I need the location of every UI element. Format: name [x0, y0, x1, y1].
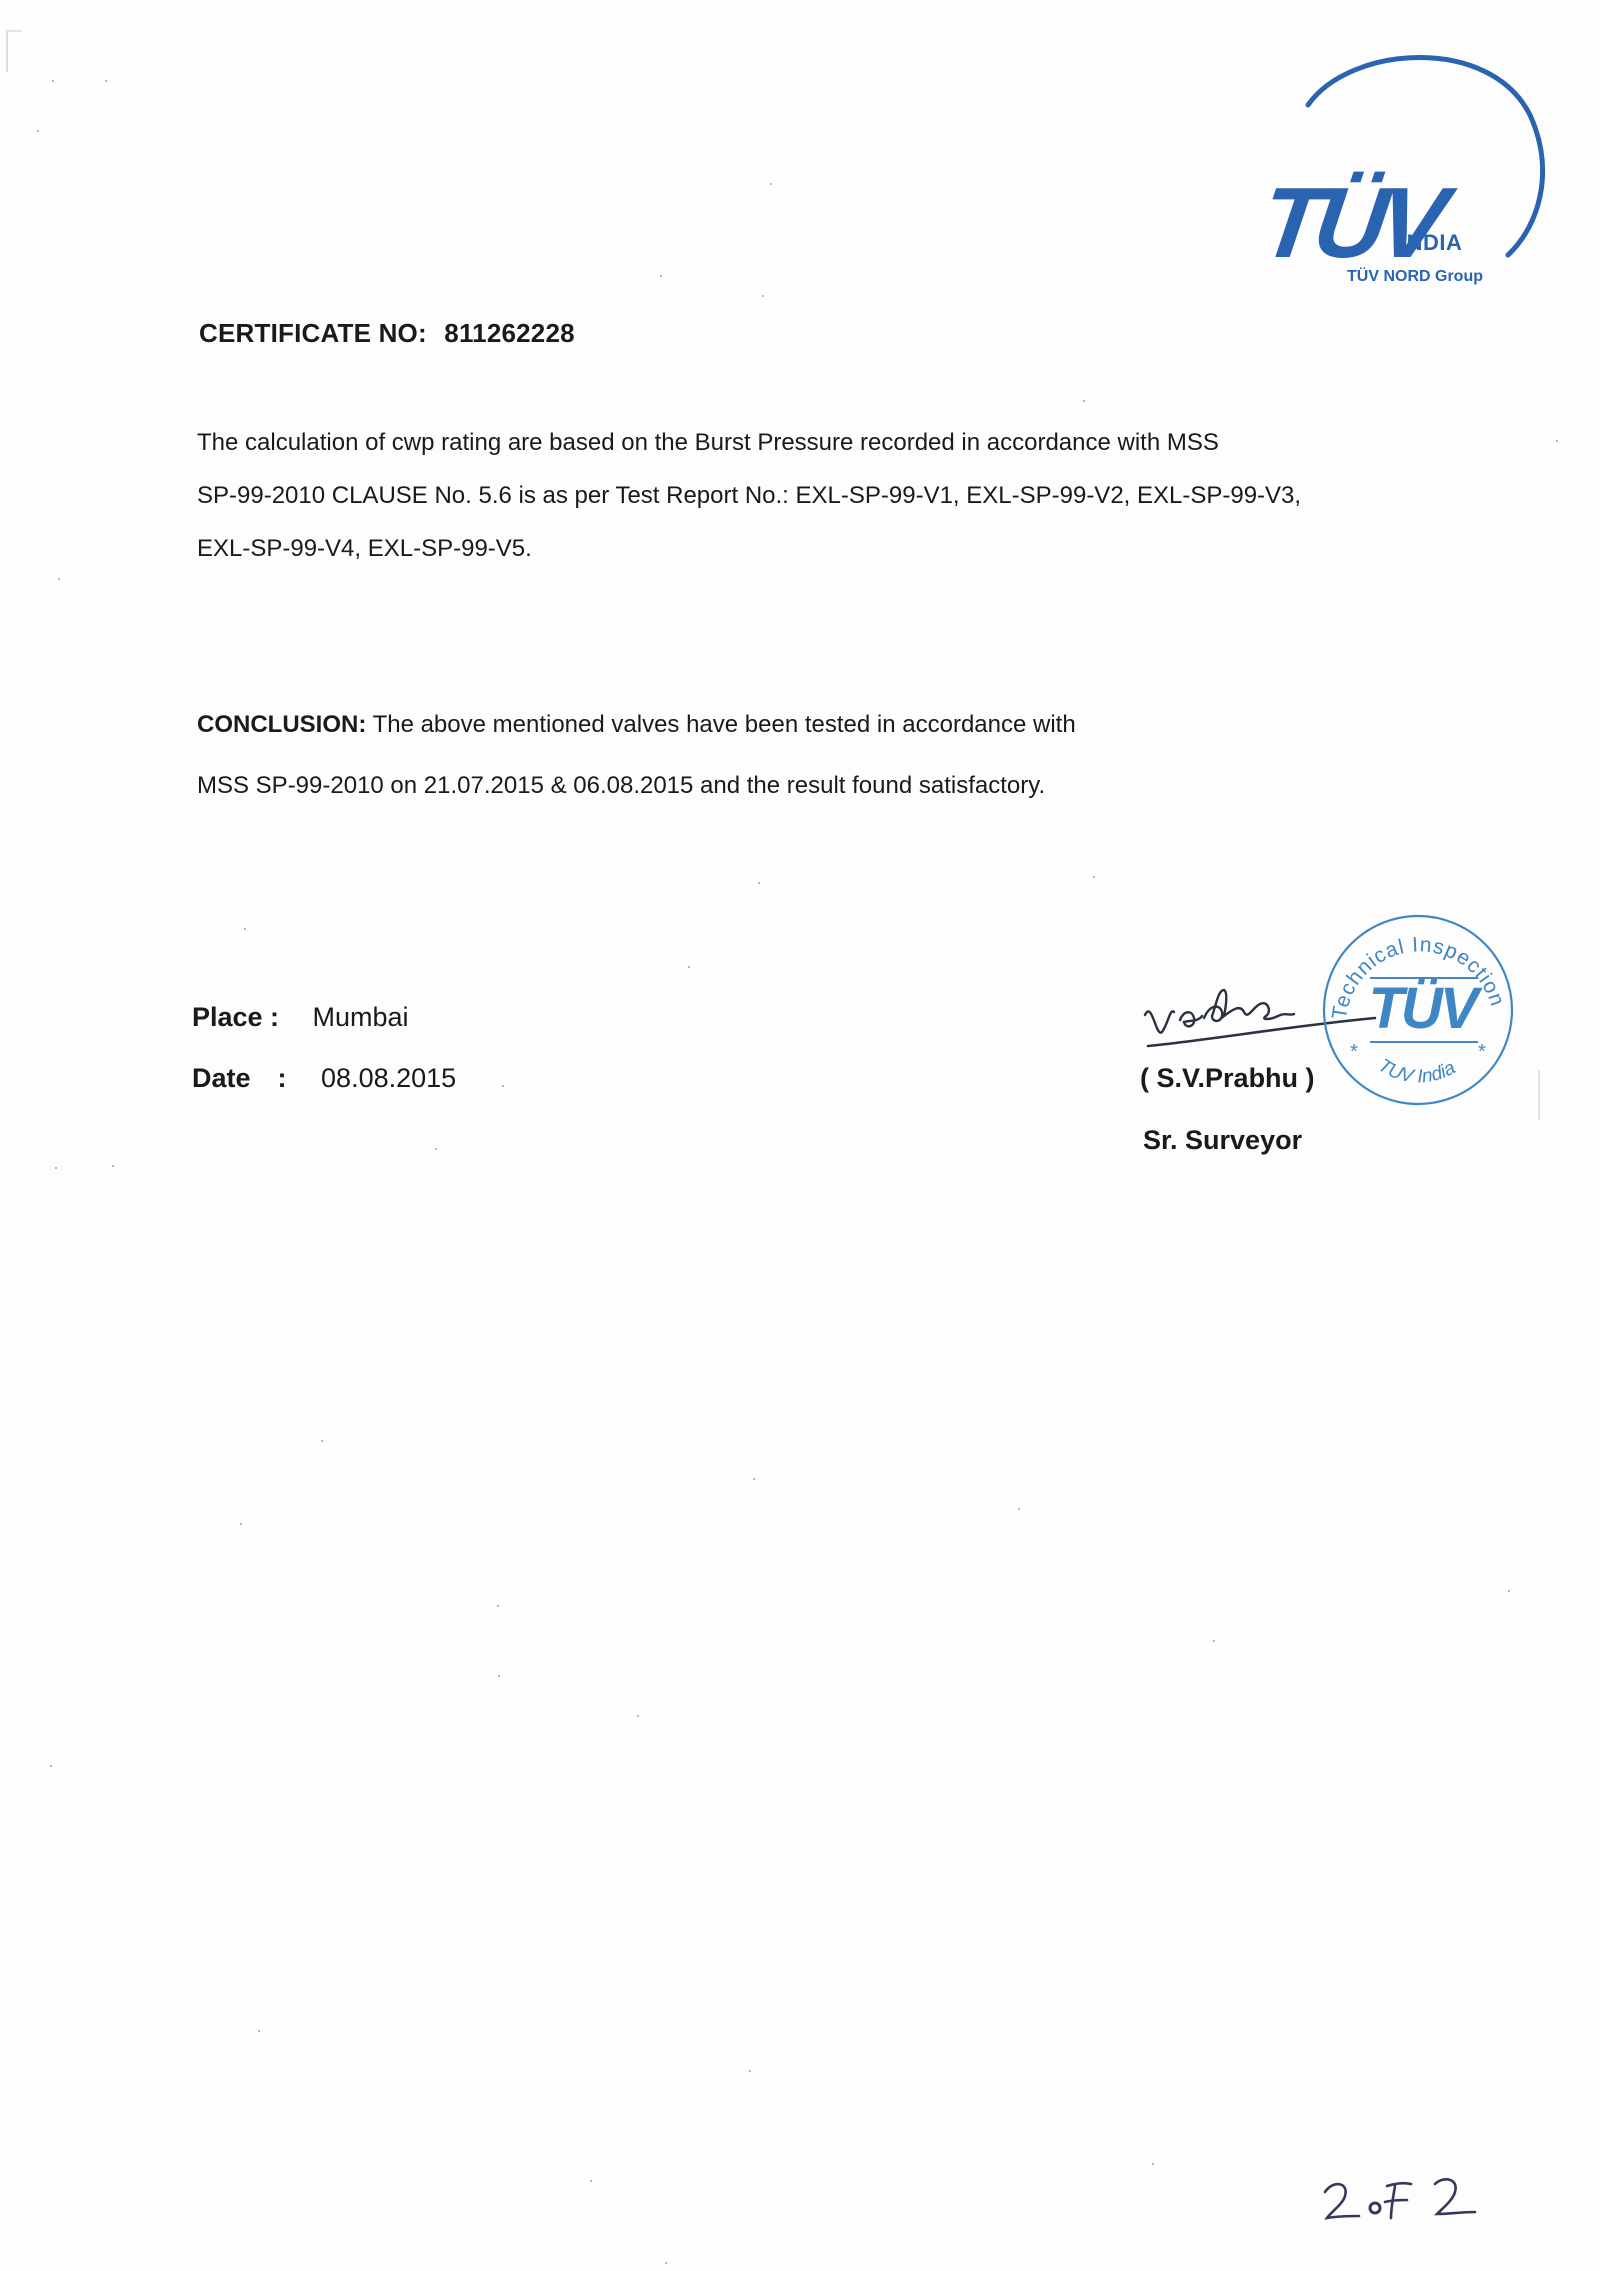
- stamp-bottom-text: TUV India: [1374, 1055, 1459, 1088]
- place-label: Place :: [192, 1002, 305, 1033]
- signatory-designation: Sr. Surveyor: [1143, 1125, 1302, 1156]
- scan-corner-mark: [6, 30, 22, 72]
- date-value: 08.08.2015: [321, 1063, 456, 1093]
- scan-edge-mark: [1538, 1070, 1540, 1120]
- scan-speck: [55, 1167, 57, 1169]
- scan-speck: [240, 1523, 242, 1525]
- signatory-name: ( S.V.Prabhu ): [1140, 1063, 1315, 1094]
- scan-speck: [637, 1715, 639, 1717]
- star-icon: *: [1478, 1041, 1486, 1063]
- scan-speck: [258, 2030, 260, 2032]
- scan-speck: [1508, 1590, 1510, 1592]
- scan-speck: [1152, 2163, 1154, 2165]
- date-colon: :: [278, 1063, 314, 1094]
- tuv-india-logo: TÜV INDIA TÜV NORD Group: [1240, 55, 1570, 305]
- scan-speck: [688, 966, 690, 968]
- certificate-number: CERTIFICATE NO: 811262228: [199, 318, 575, 349]
- paragraph-line: SP-99-2010 CLAUSE No. 5.6 is as per Test…: [197, 469, 1377, 522]
- place-value: Mumbai: [313, 1002, 409, 1032]
- conclusion-label: CONCLUSION:: [197, 711, 366, 738]
- place-row: Place : Mumbai: [192, 1002, 409, 1033]
- date-row: Date : 08.08.2015: [192, 1063, 456, 1094]
- scan-speck: [665, 2262, 667, 2264]
- scan-speck: [497, 1605, 499, 1607]
- stamp-center-text: TÜV: [1369, 976, 1483, 1041]
- scan-speck: [105, 80, 107, 82]
- scan-speck: [749, 2070, 751, 2072]
- scan-speck: [753, 1478, 755, 1480]
- scan-speck: [660, 275, 662, 277]
- scan-speck: [321, 1440, 323, 1442]
- conclusion-line-2: MSS SP-99-2010 on 21.07.2015 & 06.08.201…: [197, 755, 1377, 816]
- scan-speck: [52, 80, 54, 82]
- scan-speck: [50, 1765, 52, 1767]
- conclusion-line-1: CONCLUSION: The above mentioned valves h…: [197, 694, 1377, 755]
- scan-speck: [1093, 876, 1095, 878]
- scan-speck: [762, 295, 764, 297]
- scan-speck: [758, 882, 760, 884]
- conclusion-paragraph: CONCLUSION: The above mentioned valves h…: [197, 694, 1377, 816]
- star-icon: *: [1350, 1041, 1358, 1063]
- scan-speck: [770, 183, 772, 185]
- cwp-rating-paragraph: The calculation of cwp rating are based …: [197, 416, 1377, 575]
- paragraph-line: EXL-SP-99-V4, EXL-SP-99-V5.: [197, 522, 1377, 575]
- scan-speck: [37, 130, 39, 132]
- paragraph-line: The calculation of cwp rating are based …: [197, 416, 1377, 469]
- scan-speck: [590, 2180, 592, 2182]
- logo-region: INDIA: [1400, 230, 1462, 256]
- scan-speck: [435, 1148, 437, 1150]
- tuv-stamp-seal: Technical Inspection Services TÜV * * TU…: [1318, 910, 1518, 1110]
- certificate-page: TÜV INDIA TÜV NORD Group CERTIFICATE NO:…: [0, 0, 1600, 2271]
- scan-speck: [244, 928, 246, 930]
- scan-speck: [502, 1085, 504, 1087]
- scan-speck: [498, 1675, 500, 1677]
- svg-text:TUV India: TUV India: [1374, 1055, 1459, 1088]
- logo-group: TÜV NORD Group: [1347, 268, 1483, 286]
- scan-speck: [1018, 1508, 1020, 1510]
- scan-speck: [1556, 440, 1558, 442]
- handwritten-page-number: 2 of 2: [1315, 2170, 1495, 2230]
- scan-speck: [112, 1165, 114, 1167]
- scan-speck: [1083, 400, 1085, 402]
- logo-wordmark: TÜV: [1255, 173, 1445, 273]
- scan-speck: [58, 578, 60, 580]
- certificate-number-label: CERTIFICATE NO:: [199, 318, 427, 348]
- certificate-number-value: 811262228: [444, 318, 575, 348]
- scan-speck: [1213, 1640, 1215, 1642]
- date-label: Date: [192, 1063, 270, 1094]
- conclusion-text: The above mentioned valves have been tes…: [366, 711, 1075, 738]
